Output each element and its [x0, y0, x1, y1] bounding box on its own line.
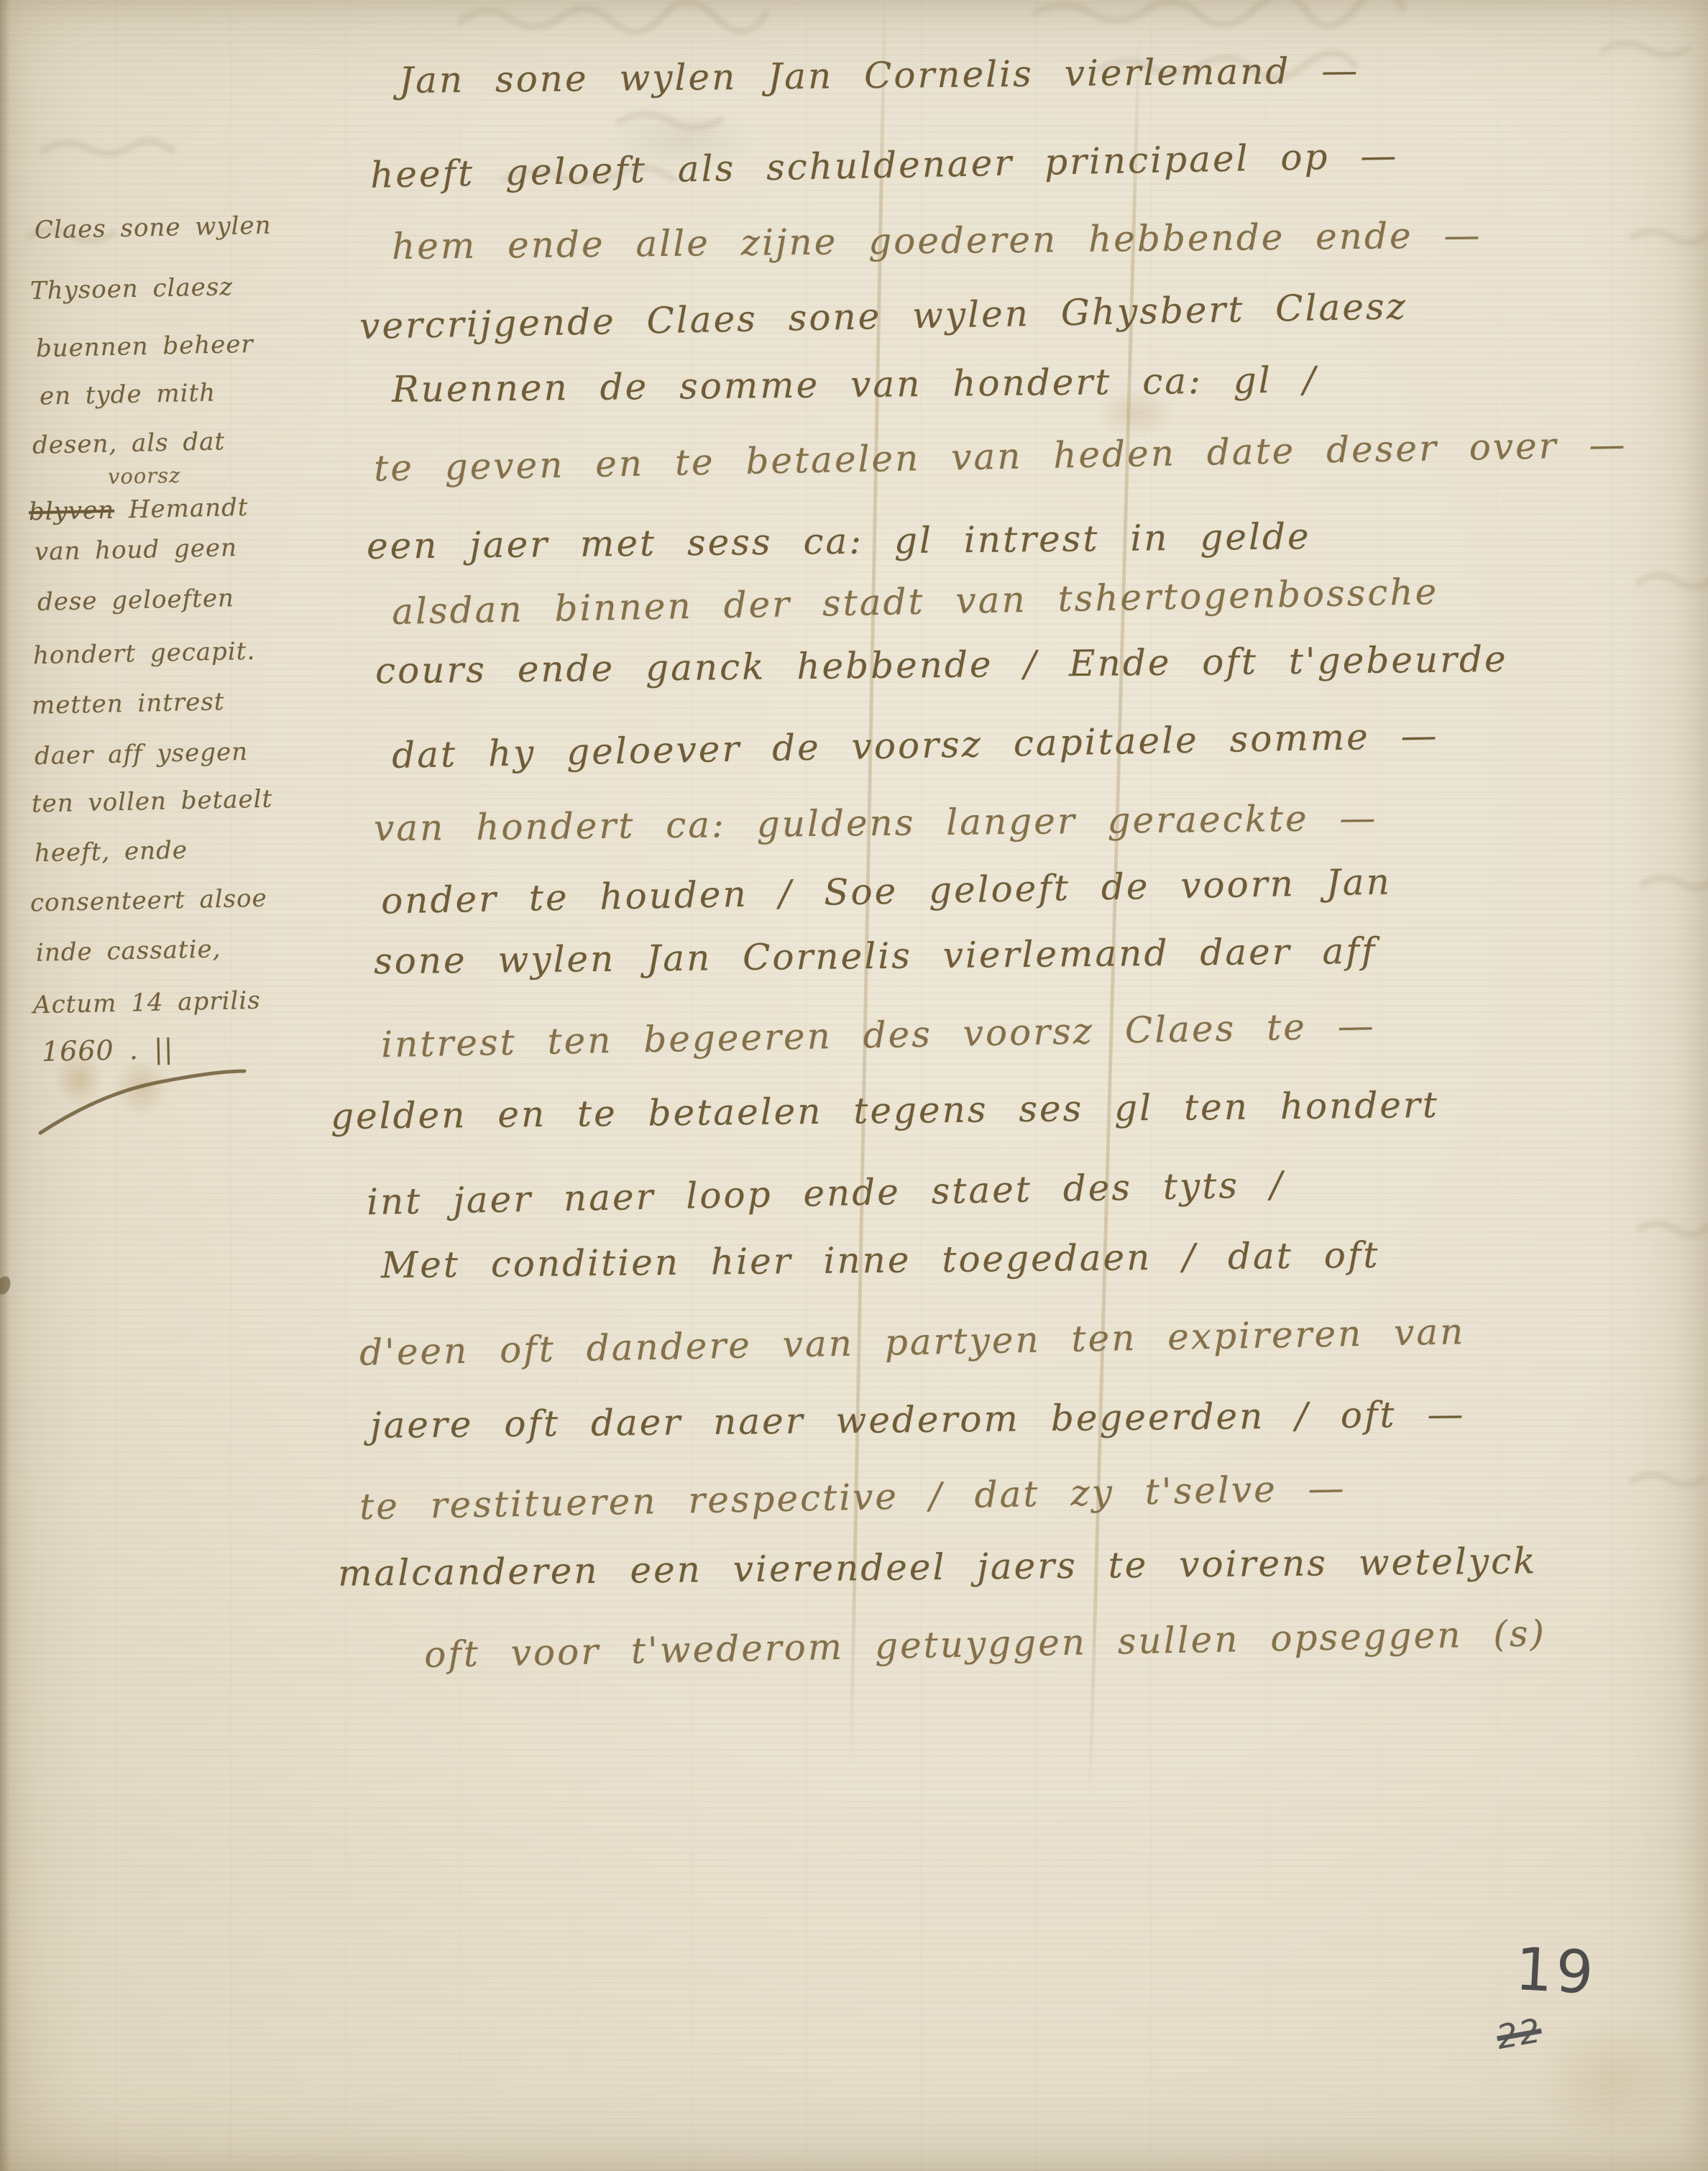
margin-note-struck-word: blyven — [29, 496, 115, 526]
manuscript-page: { "page": { "kind": "handwritten notaria… — [0, 0, 1708, 2171]
body-line: te geven en te betaelen van heden date d… — [374, 426, 1627, 486]
page-number: 19 — [1514, 1940, 1597, 2004]
margin-note-line: Thysoen claesz — [30, 275, 234, 303]
margin-note-line: dese geloeften — [37, 586, 235, 615]
page-left-edge-shadow — [0, 0, 10, 2171]
body-line: heeft geloeft als schuldenaer principael… — [370, 137, 1399, 193]
body-line: alsdan binnen der stadt van tshertogenbo… — [392, 574, 1439, 630]
page-number-struck-out: 22 — [1494, 2014, 1544, 2054]
margin-note-line: ten vollen betaelt — [32, 786, 273, 816]
body-line: te restitueren respective / dat zy t'sel… — [359, 1470, 1346, 1525]
body-line: vercrijgende Claes sone wylen Ghysbert C… — [359, 288, 1408, 344]
margin-note-line: inde cassatie, — [36, 937, 221, 965]
margin-note-line: desen, als dat — [32, 429, 226, 458]
year-underline-flourish — [35, 1064, 250, 1143]
body-line: int jaer naer loop ende staet des tyts / — [367, 1167, 1285, 1221]
margin-note-year: 1660 . || — [42, 1035, 174, 1065]
margin-note-line: Claes sone wylen — [35, 214, 272, 243]
margin-note-line: blyven Hemandt — [29, 495, 249, 524]
margin-note-line: consenteert alsoe — [30, 886, 267, 916]
body-line: gelden en te betaelen tegens ses gl ten … — [331, 1087, 1439, 1134]
margin-note-line: daer aff ysegen — [35, 740, 249, 768]
margin-note-line: en tyde mith — [40, 380, 216, 408]
margin-note-line: Actum 14 aprilis — [33, 988, 261, 1018]
body-line: cours ende ganck hebbende / Ende oft t'g… — [375, 641, 1508, 689]
margin-note-line: buennen beheer — [36, 332, 254, 361]
body-line: oft voor t'wederom getuyggen sullen opse… — [424, 1615, 1547, 1673]
body-line: Met conditien hier inne toegedaen / dat … — [381, 1237, 1380, 1284]
body-line: malcanderen een vierendeel jaers te voir… — [338, 1543, 1538, 1591]
body-line: een jaer met sess ca: gl intrest in geld… — [367, 518, 1311, 564]
body-line: hem ende alle zijne goederen hebbende en… — [392, 217, 1482, 265]
body-line: Jan sone wylen Jan Cornelis vierlemand — — [399, 52, 1360, 98]
body-line: Ruennen de somme van hondert ca: gl / — [392, 362, 1318, 407]
body-line: intrest ten begeeren des voorsz Claes te… — [381, 1008, 1376, 1063]
margin-note-inserted-word: voorsz — [108, 465, 181, 487]
margin-note-line: hondert gecapit. — [33, 639, 256, 668]
body-line: sone wylen Jan Cornelis vierlemand daer … — [374, 933, 1377, 980]
margin-note-line-text: Hemandt — [128, 493, 248, 524]
margin-note-line: van houd geen — [35, 536, 238, 564]
ink-stain — [1531, 2013, 1689, 2149]
margin-note-line: metten intrest — [32, 689, 225, 718]
body-line: onder te houden / Soe geloeft de voorn J… — [381, 864, 1392, 919]
body-line: van hondert ca: guldens langer geraeckte… — [374, 800, 1378, 847]
margin-note-line: heeft, ende — [35, 838, 188, 866]
body-line: jaere oft daer naer wederom begeerden / … — [370, 1396, 1466, 1443]
body-line: dat hy geloever de voorsz capitaele somm… — [392, 717, 1439, 774]
body-line: d'een oft dandere van partyen ten expire… — [359, 1313, 1466, 1371]
